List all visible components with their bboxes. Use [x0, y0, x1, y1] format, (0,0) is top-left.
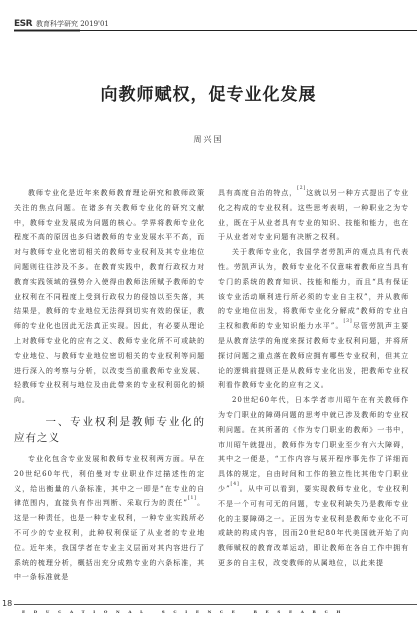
citation-ref: [4]	[231, 482, 240, 487]
journal-logo: ESR	[14, 19, 32, 29]
section-paragraph: 专业化包含专业发展和教师专业权利两方面。早在20世纪60年代，利伯曼对专业职业作…	[14, 452, 205, 585]
paragraph-text: 。从中可以看到，要实现教师专业化，专业权利不是一个可有可无的问题，专业权利缺失乃…	[218, 485, 409, 567]
citation-ref: [1]	[188, 496, 197, 501]
left-column: 教师专业化是近年来教师教育理论研究和教师政策关注的焦点问题。在诸多有关教师专业化…	[14, 186, 205, 585]
article-title: 向教师赋权，促专业化发展	[0, 80, 417, 105]
footer-rule	[14, 604, 417, 605]
running-footer: 18 EDUCATIONAL SCIENCE RESEARCH	[0, 599, 417, 624]
paragraph-text: 具有高度自治的特点，	[218, 189, 297, 197]
paragraph-text: 专业化包含专业发展和教师专业权利两方面。早在20世纪60年代，利伯曼对专业职业作…	[14, 455, 205, 507]
journal-issue: 教育科学研究 2019'01	[36, 19, 109, 29]
header-rule	[14, 30, 417, 31]
page-number: 18	[2, 599, 12, 608]
paragraph: 关于教师专业化，我国学者劳凯声的观点具有代表性。劳凯声认为，教师专业化不仅意味着…	[218, 245, 409, 393]
paragraph-text: 。这是一种责任，也是一种专业权利，一种专业实践所必不可少的专业权利，此种权利保证…	[14, 499, 205, 581]
paragraph: 20世纪60年代，日本学者市川昭午在有关教师作为专门职业的障碍问题的思考中就已涉…	[218, 393, 409, 571]
right-column: 具有高度自治的特点，[2]这就以另一种方式提出了专业化之构成的专业权利。这些思考…	[218, 186, 409, 571]
footer-running-text: EDUCATIONAL SCIENCE RESEARCH	[22, 609, 349, 614]
citation-ref: [3]	[344, 319, 353, 324]
citation-ref: [2]	[297, 186, 306, 191]
section-heading: 一、专业权利是教师专业化的应有之义	[14, 414, 205, 446]
paragraph-text: 20世纪60年代，日本学者市川昭午在有关教师作为专门职业的障碍问题的思考中就已涉…	[218, 396, 409, 493]
intro-paragraph: 教师专业化是近年来教师教育理论研究和教师政策关注的焦点问题。在诸多有关教师专业化…	[14, 186, 205, 408]
continued-paragraph: 具有高度自治的特点，[2]这就以另一种方式提出了专业化之构成的专业权利。这些思考…	[218, 186, 409, 245]
paragraph-text: 关于教师专业化，我国学者劳凯声的观点具有代表性。劳凯声认为，教师专业化不仅意味着…	[218, 248, 409, 330]
article-author: 周兴国	[0, 134, 417, 145]
paragraph-text: 尽管劳凯声主要是从教育法学的角度来探讨教师专业权利问题，并将所探讨问题之重点落在…	[218, 322, 409, 389]
running-header: ESR 教育科学研究 2019'01	[14, 18, 417, 32]
